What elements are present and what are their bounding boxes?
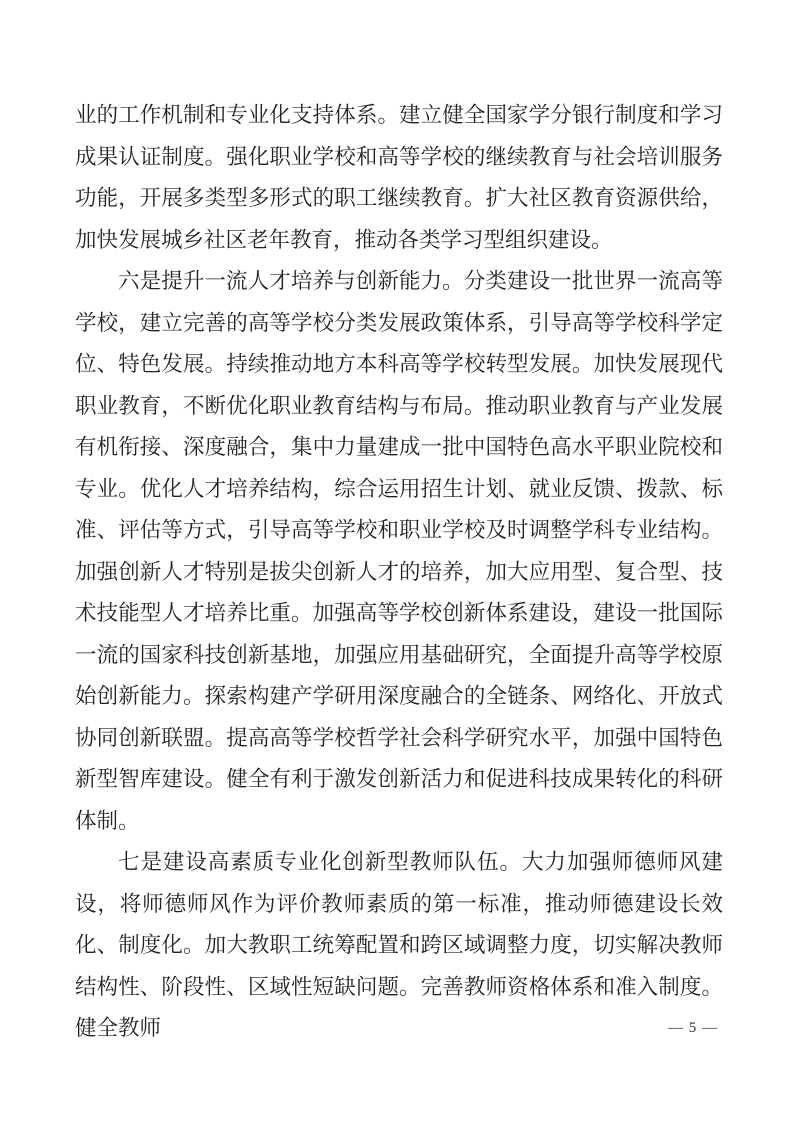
paragraph-item-seven: 七是建设高素质专业化创新型教师队伍。大力加强师德师风建设，将师德师风作为评价教师…: [75, 842, 723, 1050]
paragraph-continuation: 业的工作机制和专业化支持体系。建立健全国家学分银行制度和学习成果认证制度。强化职…: [75, 95, 723, 261]
paragraph-item-six: 六是提升一流人才培养与创新能力。分类建设一批世界一流高等学校，建立完善的高等学校…: [75, 261, 723, 842]
page-number: — 5 —: [668, 1020, 718, 1037]
document-body-text: 业的工作机制和专业化支持体系。建立健全国家学分银行制度和学习成果认证制度。强化职…: [75, 95, 723, 1050]
document-page: 业的工作机制和专业化支持体系。建立健全国家学分银行制度和学习成果认证制度。强化职…: [0, 0, 793, 1122]
